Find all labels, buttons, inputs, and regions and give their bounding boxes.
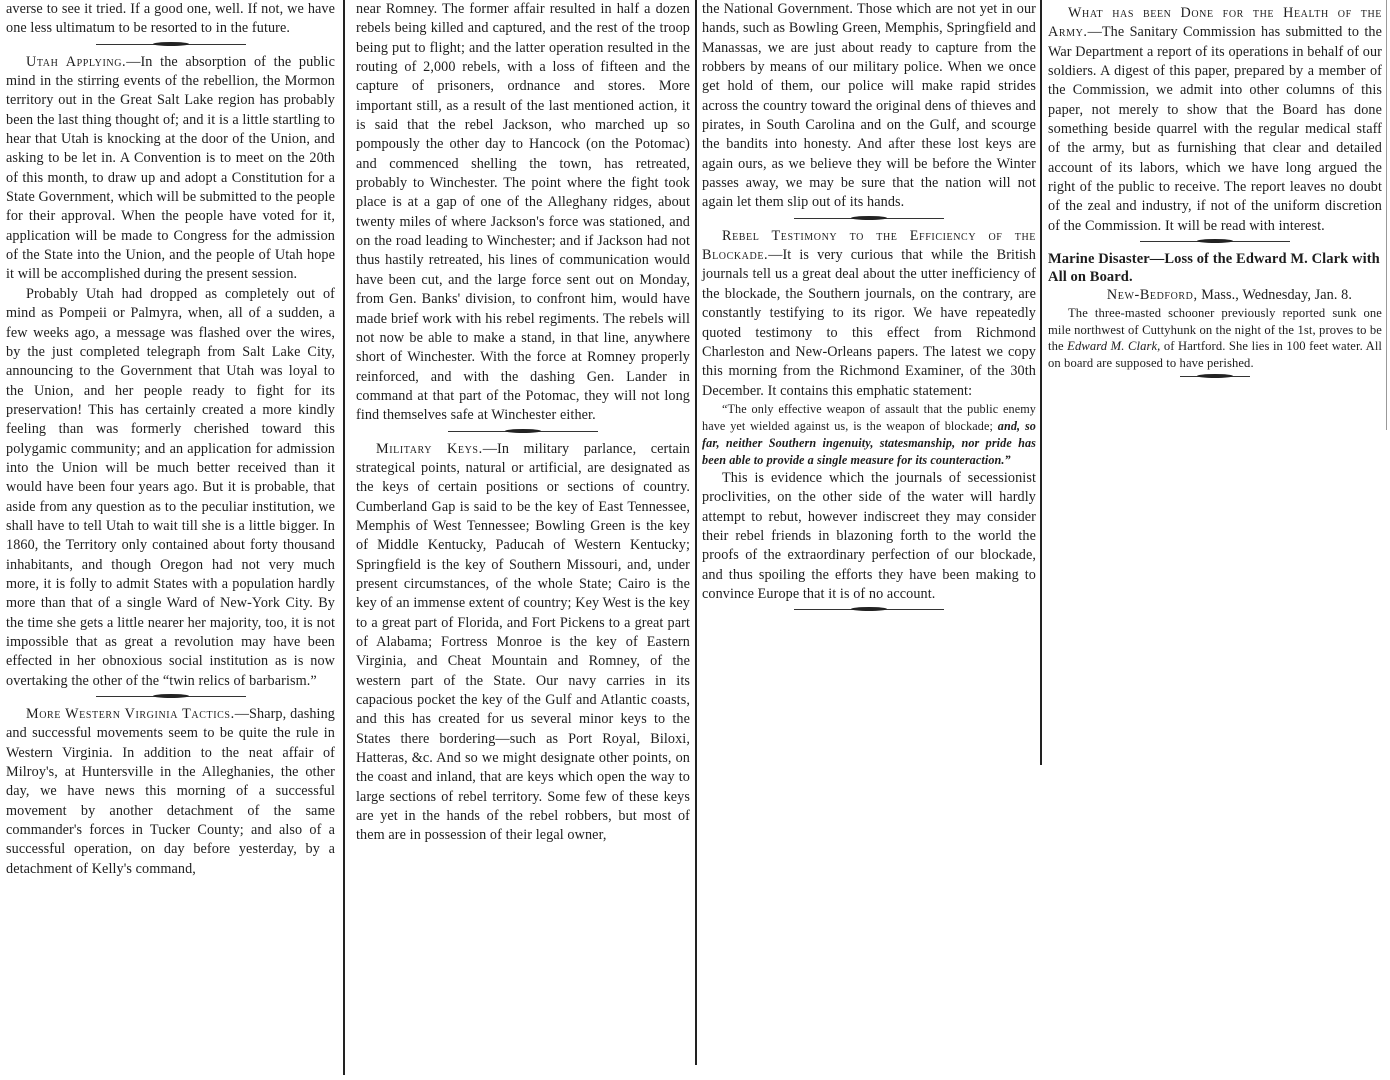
article-separator — [448, 431, 598, 432]
article-body: It is very curious that while the Britis… — [702, 247, 1036, 398]
dateline-place: New-Bedford, — [1107, 287, 1198, 303]
article-paragraph: This is evidence which the journals of s… — [702, 469, 1036, 604]
ship-name: Edward M. Clark, — [1067, 339, 1160, 353]
article-body: The Sanitary Commission has submitted to… — [1048, 24, 1382, 233]
article-separator — [96, 44, 246, 45]
article-body: In military parlance, certain strategica… — [356, 441, 690, 844]
article-separator — [1140, 241, 1290, 242]
article-separator — [1180, 376, 1250, 377]
column-2: near Romney. The former affair resulted … — [356, 0, 690, 846]
article-separator — [794, 218, 944, 219]
article-body: In the absorption of the public mind in … — [6, 54, 335, 283]
article-rebel-testimony: Rebel Testimony to the Efficiency of the… — [702, 227, 1036, 401]
article-body: The three-masted schooner previously rep… — [1048, 305, 1382, 371]
article-utah-applying: Utah Applying.—In the absorption of the … — [6, 53, 335, 285]
article-separator — [96, 696, 246, 697]
column-4: What has been Done for the Health of the… — [1048, 4, 1382, 385]
article-title: Utah Applying. — [26, 54, 126, 70]
article-continuation: the National Government. Those which are… — [702, 0, 1036, 213]
column-rule — [1040, 0, 1042, 765]
dateline: New-Bedford, Mass., Wednesday, Jan. 8. — [1048, 286, 1382, 305]
article-title: More Western Virginia Tactics. — [26, 706, 235, 722]
column-1: averse to see it tried. If a good one, w… — [6, 0, 335, 879]
column-rule — [1386, 0, 1387, 430]
column-rule — [343, 0, 345, 1075]
column-rule — [695, 0, 697, 1065]
article-title: Military Keys. — [376, 441, 483, 457]
column-3: the National Government. Those which are… — [702, 0, 1036, 618]
article-military-keys: Military Keys.—In military parlance, cer… — [356, 440, 690, 846]
article-paragraph: Probably Utah had dropped as completely … — [6, 285, 335, 691]
article-health-of-army: What has been Done for the Health of the… — [1048, 4, 1382, 236]
article-headline-marine-disaster: Marine Disaster—Loss of the Edward M. Cl… — [1048, 250, 1382, 286]
quoted-statement: “The only effective weapon of assault th… — [702, 401, 1036, 469]
article-western-virginia: More Western Virginia Tactics.—Sharp, da… — [6, 705, 335, 879]
quote-plain: “The only effective weapon of assault th… — [702, 402, 1036, 433]
article-continuation: averse to see it tried. If a good one, w… — [6, 0, 335, 39]
article-continuation: near Romney. The former affair resulted … — [356, 0, 690, 426]
article-separator — [794, 609, 944, 610]
article-body: Sharp, dashing and successful movements … — [6, 706, 335, 877]
dateline-date: Mass., Wednesday, Jan. 8. — [1201, 287, 1352, 303]
